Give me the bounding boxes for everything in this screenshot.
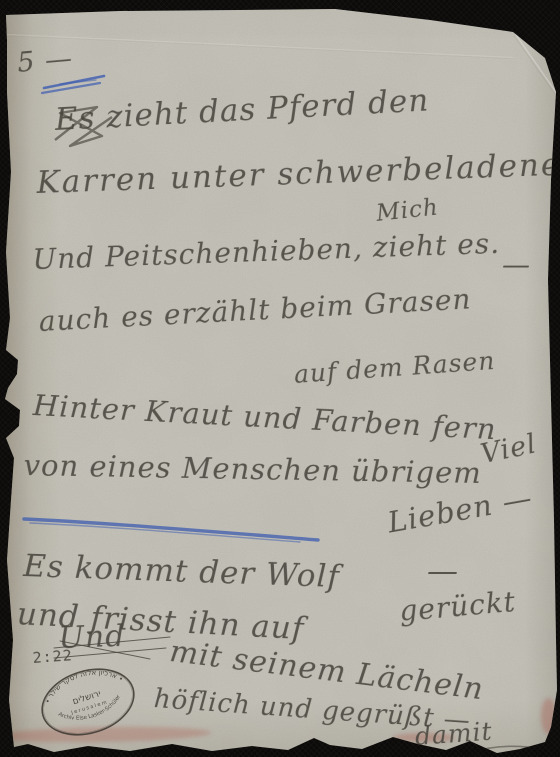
manuscript-line: Und Peitschenhieben, zieht es.	[32, 227, 501, 276]
manuscript-line: Hinter Kraut und Farben fern	[32, 388, 497, 446]
manuscript-line-partial: damit	[414, 717, 493, 751]
blue-crossout-pagenumber	[42, 76, 104, 93]
interlinear-insertion: Mich	[375, 194, 440, 226]
manuscript-line: Karren unter schwerbeladenen	[36, 146, 560, 201]
dash-mark: —	[502, 248, 531, 281]
manuscript-line: von eines Menschen übrigem	[23, 448, 482, 490]
manuscript-line: Es zieht das Pferd den	[54, 82, 430, 138]
manuscript-line: Es kommt der Wolf	[23, 548, 341, 595]
fold-line	[6, 34, 514, 59]
dash-mark: —	[427, 553, 459, 589]
pencil-flourish	[470, 746, 542, 753]
paper-sheet: 5 — Es zieht das Pferd den Karren unter …	[0, 0, 560, 757]
corner-fold-edge	[514, 34, 559, 96]
manuscript-line: auch es erzählt beim Grasen	[38, 282, 472, 338]
page-number: 5 —	[16, 43, 74, 79]
interlinear-insertion: auf dem Rasen	[293, 346, 496, 389]
red-stain	[541, 698, 556, 734]
top-edge-lightband	[0, 0, 560, 34]
blue-deletion-line	[24, 519, 318, 542]
manuscript-photo: 5 — Es zieht das Pferd den Karren unter …	[0, 0, 560, 757]
manuscript-word: gerückt	[398, 585, 517, 628]
